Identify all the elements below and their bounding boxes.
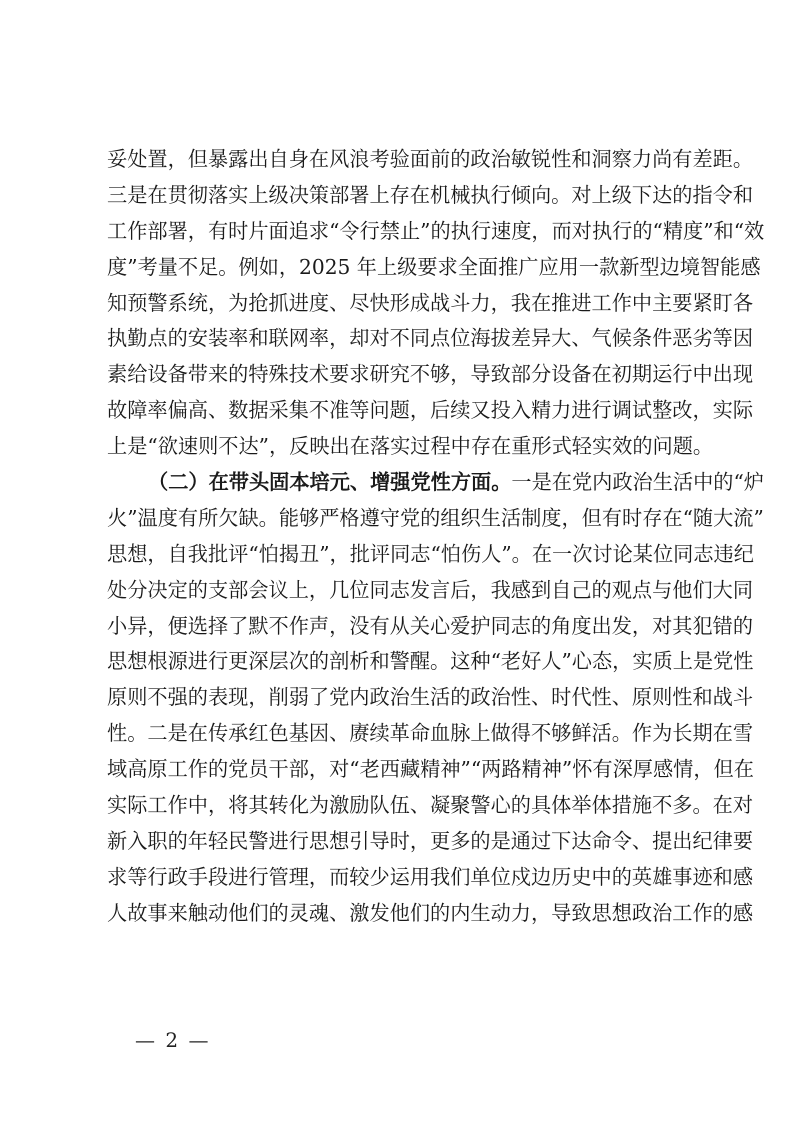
text-line: 小异，便选择了默不作声，没有从关心爱护同志的角度出发，对其犯错的 [107, 609, 691, 645]
paragraph-first-line: （二）在带头固本培元、增强党性方面。一是在党内政治生活中的“炉 [107, 465, 691, 501]
text-line: 域高原工作的党员干部，对“老西藏精神”“两路精神”怀有深厚感情，但在 [107, 752, 691, 788]
paragraph-1: 妥处置，但暴露出自身在风浪考验面前的政治敏锐性和洞察力尚有差距。 三是在贯彻落实… [107, 142, 691, 465]
text-line: 度”考量不足。例如，2025 年上级要求全面推广应用一款新型边境智能感 [107, 250, 691, 286]
text-line: 三是在贯彻落实上级决策部署上存在机械执行倾向。对上级下达的指令和 [107, 178, 691, 214]
text-line: 新入职的年轻民警进行思想引导时，更多的是通过下达命令、提出纪律要 [107, 824, 691, 860]
text-line: 处分决定的支部会议上，几位同志发言后，我感到自己的观点与他们大同 [107, 573, 691, 609]
text-line: 妥处置，但暴露出自身在风浪考验面前的政治敏锐性和洞察力尚有差距。 [107, 142, 691, 178]
text-line: 原则不强的表现，削弱了党内政治生活的政治性、时代性、原则性和战斗 [107, 680, 691, 716]
text-line: 素给设备带来的特殊技术要求研究不够，导致部分设备在初期运行中出现 [107, 357, 691, 393]
text-line: 人故事来触动他们的灵魂、激发他们的内生动力，导致思想政治工作的感 [107, 896, 691, 932]
section-heading: （二）在带头固本培元、增强党性方面。 [148, 470, 511, 494]
text-line: 工作部署，有时片面追求“令行禁止”的执行速度，而对执行的“精度”和“效 [107, 214, 691, 250]
text-line: 求等行政手段进行管理，而较少运用我们单位戍边历史中的英雄事迹和感 [107, 860, 691, 896]
text-line: 知预警系统，为抢抓进度、尽快形成战斗力，我在推进工作中主要紧盯各 [107, 286, 691, 322]
text-line: 执勤点的安装率和联网率，却对不同点位海拔差异大、气候条件恶劣等因 [107, 321, 691, 357]
text-line: 思想，自我批评“怕揭丑”，批评同志“怕伤人”。在一次讨论某位同志违纪 [107, 537, 691, 573]
text-line: 性。二是在传承红色基因、赓续革命血脉上做得不够鲜活。作为长期在雪 [107, 716, 691, 752]
page-number: — 2 — [135, 1028, 210, 1052]
document-body: 妥处置，但暴露出自身在风浪考验面前的政治敏锐性和洞察力尚有差距。 三是在贯彻落实… [107, 142, 691, 932]
text-line: 上是“欲速则不达”，反映出在落实过程中存在重形式轻实效的问题。 [107, 429, 691, 465]
text-run: 一是在党内政治生活中的“炉 [511, 470, 764, 494]
text-line: 实际工作中，将其转化为激励队伍、凝聚警心的具体举体措施不多。在对 [107, 788, 691, 824]
paragraph-2: （二）在带头固本培元、增强党性方面。一是在党内政治生活中的“炉 火”温度有所欠缺… [107, 465, 691, 932]
text-line: 思想根源进行更深层次的剖析和警醒。这种“老好人”心态，实质上是党性 [107, 644, 691, 680]
text-line: 故障率偏高、数据采集不准等问题，后续又投入精力进行调试整改，实际 [107, 393, 691, 429]
text-line: 火”温度有所欠缺。能够严格遵守党的组织生活制度，但有时存在“随大流” [107, 501, 691, 537]
